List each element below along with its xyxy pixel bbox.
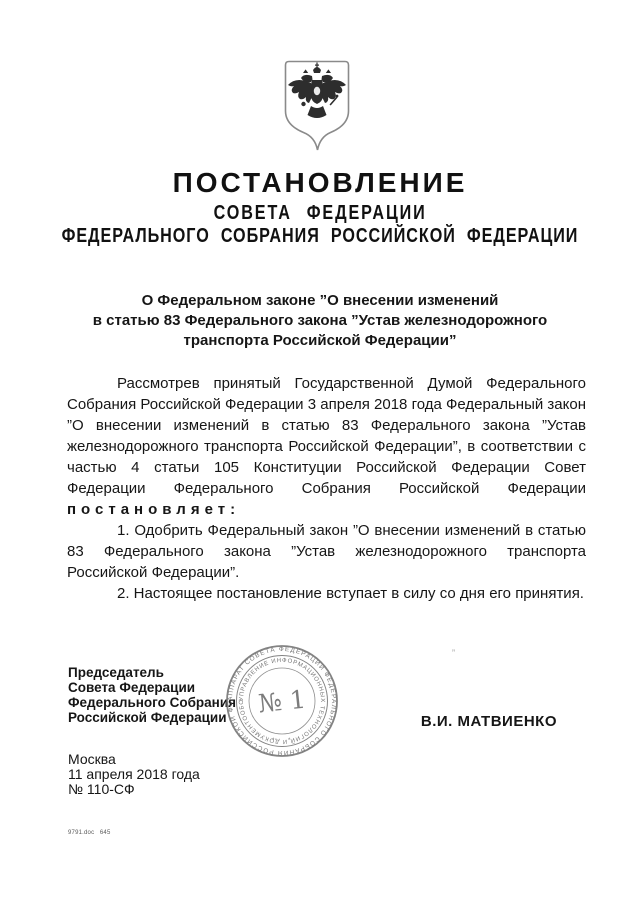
resolution-item-1: 1. Одобрить Федеральный закон ”О внесени… <box>67 520 586 583</box>
subject-line-2: в статью 83 Федерального закона ”Устав ж… <box>48 311 592 331</box>
document-body: Рассмотрев принятый Государственной Думо… <box>67 373 586 604</box>
subject-line-3: транспорта Российской Федерации” <box>48 331 592 351</box>
city-label: Москва <box>68 752 200 767</box>
document-subtitle-line2: ФЕДЕРАЛЬНОГО СОБРАНИЯ РОССИЙСКОЙ ФЕДЕРАЦ… <box>0 226 640 246</box>
document-number: № 110-СФ <box>68 782 200 797</box>
coat-of-arms-russia-icon <box>282 60 352 157</box>
signature-position-line: Совета Федерации <box>68 680 236 695</box>
document-page: ПОСТАНОВЛЕНИЕ СОВЕТА ФЕДЕРАЦИИ ФЕДЕРАЛЬН… <box>0 0 640 905</box>
place-date-block: Москва 11 апреля 2018 года № 110-СФ <box>68 752 200 797</box>
signature-position-block: Председатель Совета Федерации Федерально… <box>68 665 236 725</box>
document-subtitle-line1: СОВЕТА ФЕДЕРАЦИИ <box>0 203 640 223</box>
subject-line-1: О Федеральном законе ”О внесении изменен… <box>48 291 592 311</box>
subject-heading: О Федеральном законе ”О внесении изменен… <box>48 291 592 351</box>
scan-artifact-mark: ” <box>452 648 455 658</box>
preamble-paragraph: Рассмотрев принятый Государственной Думо… <box>67 373 586 520</box>
signature-position-line: Российской Федерации <box>68 710 236 725</box>
document-title: ПОСТАНОВЛЕНИЕ <box>0 167 640 199</box>
signature-position-line: Федерального Собрания <box>68 695 236 710</box>
file-reference: 9791.doc 645 <box>68 830 111 836</box>
title-block: ПОСТАНОВЛЕНИЕ СОВЕТА ФЕДЕРАЦИИ ФЕДЕРАЛЬН… <box>0 167 640 246</box>
stamp-number: № 1 <box>257 685 307 719</box>
preamble-text: Рассмотрев принятый Государственной Думо… <box>67 375 586 497</box>
signatory-name: В.И. МАТВИЕНКО <box>421 713 557 730</box>
resolution-item-2: 2. Настоящее постановление вступает в си… <box>67 583 586 604</box>
registration-stamp: АППАРАТ СОВЕТА ФЕДЕРАЦИИ ФЕДЕРАЛЬНОГО СО… <box>224 643 340 759</box>
adoption-date: 11 апреля 2018 года <box>68 767 200 782</box>
signature-position-line: Председатель <box>68 665 236 680</box>
resolves-keyword: постановляет: <box>67 501 240 518</box>
